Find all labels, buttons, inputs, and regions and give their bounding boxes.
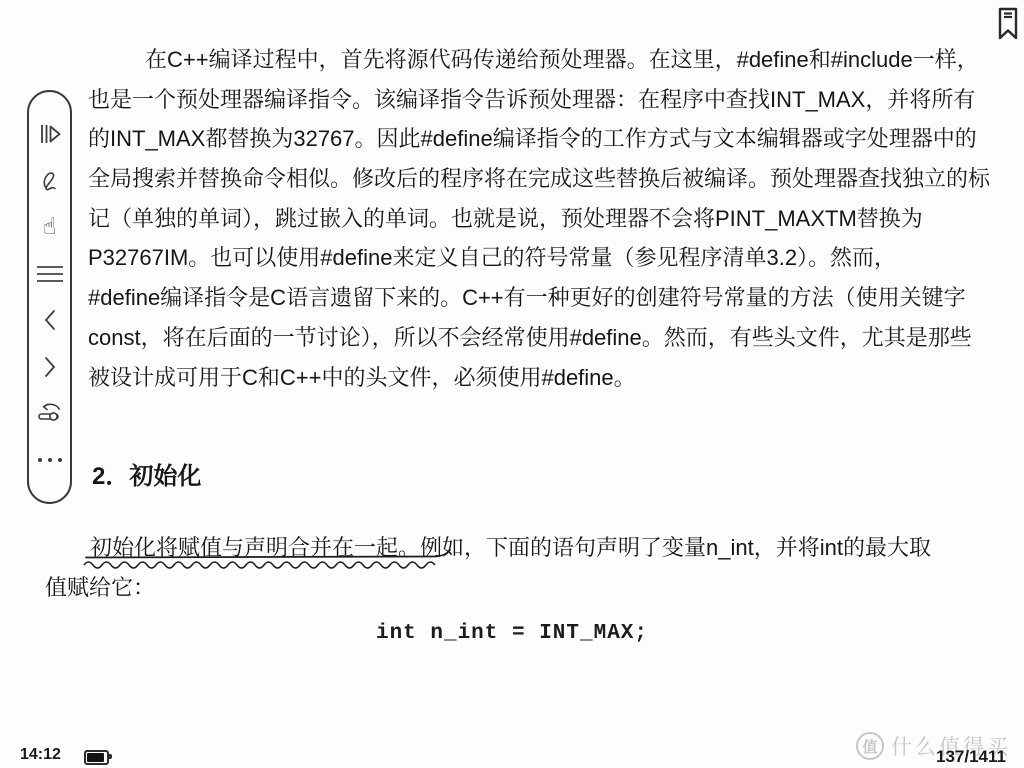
text-line: P32767IM。也可以使用#define来定义自己的符号常量（参见程序清单3.… bbox=[88, 238, 948, 278]
text-line: const，将在后面的一节讨论），所以不会经常使用#define。然而，有些头文… bbox=[88, 318, 948, 358]
more-dots-icon[interactable] bbox=[36, 446, 64, 474]
refresh-slider-icon[interactable] bbox=[36, 399, 64, 427]
menu-icon[interactable] bbox=[36, 260, 64, 288]
chevron-right-icon[interactable] bbox=[36, 353, 64, 381]
text-line: 在C++编译过程中，首先将源代码传递给预处理器。在这里，#define和#inc… bbox=[88, 40, 948, 80]
auto-play-icon[interactable] bbox=[36, 120, 64, 148]
text-line: 值赋给它： bbox=[45, 568, 1005, 608]
text-line: 记（单独的单词），跳过嵌入的单词。也就是说，预处理器不会将PINT_MAXTM替… bbox=[88, 199, 948, 239]
watermark-badge: 值 bbox=[856, 732, 884, 760]
touch-hand-glyph: ☝ bbox=[42, 216, 56, 239]
page-indicator: 137/1411 bbox=[936, 747, 1006, 767]
text-line: #define编译指令是C语言遗留下来的。C++有一种更好的创建符号常量的方法（… bbox=[88, 278, 948, 318]
pen-icon[interactable] bbox=[36, 167, 64, 195]
text-line: 全局搜索并替换命令相似。修改后的程序将在完成这些替换后被编译。预处理器查找独立的… bbox=[88, 159, 948, 199]
bookmark-icon[interactable] bbox=[997, 7, 1019, 40]
section-heading: 2．初始化 bbox=[92, 456, 201, 491]
battery-icon bbox=[84, 750, 109, 765]
chevron-left-icon[interactable] bbox=[36, 306, 64, 334]
paragraph-define: 在C++编译过程中，首先将源代码传递给预处理器。在这里，#define和#inc… bbox=[88, 40, 948, 397]
text-line: 初始化将赋值与声明合并在一起。例如，下面的语句声明了变量n_int，并将int的… bbox=[45, 528, 1005, 568]
text-line: 的INT_MAX都替换为32767。因此#define编译指令的工作方式与文本编… bbox=[88, 119, 948, 159]
reader-toolbar: ☝ bbox=[27, 90, 72, 504]
text-line: 被设计成可用于C和C++中的头文件，必须使用#define。 bbox=[88, 358, 948, 398]
code-snippet: int n_int = INT_MAX; bbox=[0, 622, 1024, 645]
paragraph-initialization: 初始化将赋值与声明合并在一起。例如，下面的语句声明了变量n_int，并将int的… bbox=[45, 528, 1005, 608]
text-line: 也是一个预处理器编译指令。该编译指令告诉预处理器：在程序中查找INT_MAX，并… bbox=[88, 80, 948, 120]
clock-time: 14:12 bbox=[20, 746, 61, 764]
touch-hand-icon[interactable]: ☝ bbox=[36, 213, 64, 241]
